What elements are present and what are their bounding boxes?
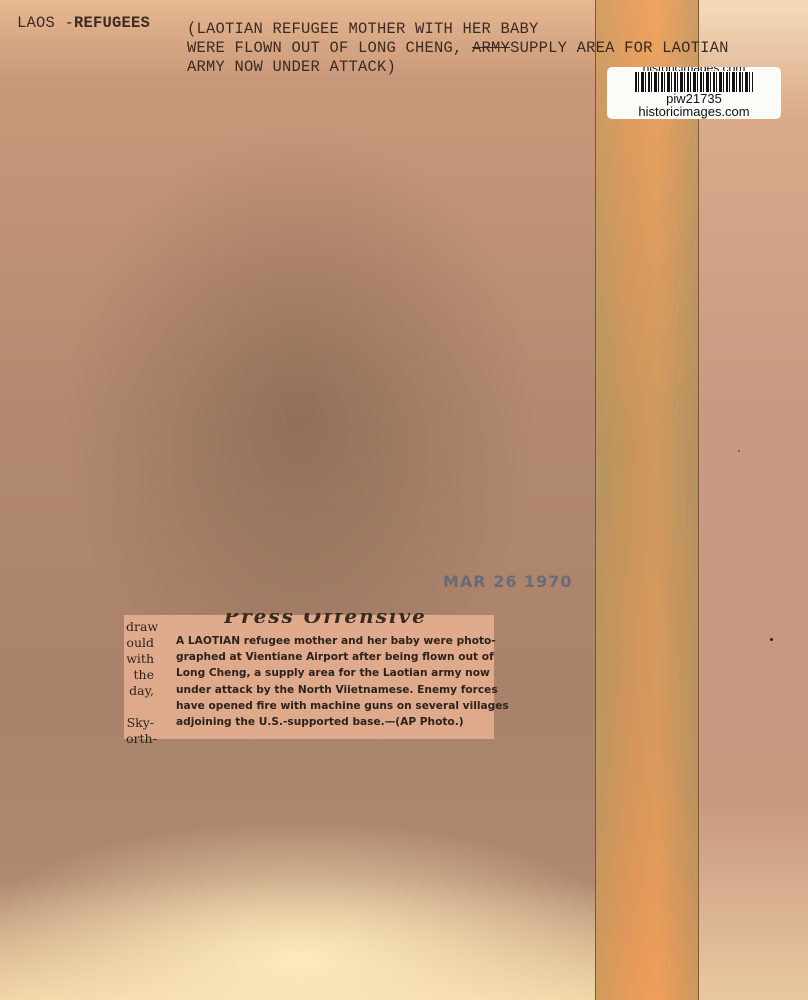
barcode-icon xyxy=(635,72,753,92)
left-fragment: day, xyxy=(126,683,154,699)
barcode-label: historicimages.com piw21735 historicimag… xyxy=(607,67,781,119)
typed-caption-line-2a: WERE FLOWN OUT OF LONG CHENG, xyxy=(187,39,472,57)
ink-speck xyxy=(770,638,773,641)
left-fragment xyxy=(126,699,154,715)
newspaper-clipping: Press Offensive draw ould with the day, … xyxy=(124,615,494,739)
typed-caption-line-1: (LAOTIAN REFUGEE MOTHER WITH HER BABY xyxy=(187,20,539,38)
subject-slug: LAOS -REFUGEES xyxy=(17,14,150,33)
clipping-headline-fragment: Press Offensive xyxy=(224,613,427,623)
slug-subject: REFUGEES xyxy=(74,14,150,32)
clipping-caption: A LAOTIAN refugee mother and her baby we… xyxy=(176,633,490,730)
caption-line: under attack by the North Viietnamese. E… xyxy=(176,682,490,698)
left-fragment: orth- xyxy=(126,731,154,747)
caption-line: A LAOTIAN refugee mother and her baby we… xyxy=(176,633,490,649)
left-fragment: draw xyxy=(126,619,154,635)
adhesive-tape-strip xyxy=(595,0,699,1000)
slug-prefix: LAOS - xyxy=(17,14,74,32)
typed-caption-strikeout: ARMY xyxy=(472,39,510,57)
caption-line: graphed at Vientiane Airport after being… xyxy=(176,649,490,665)
date-stamp: MAR 26 1970 xyxy=(443,572,573,591)
typed-caption-line-3: ARMY NOW UNDER ATTACK) xyxy=(187,58,396,76)
right-edge-panel xyxy=(697,0,808,1000)
left-fragment: the xyxy=(126,667,154,683)
clipping-left-column: draw ould with the day, Sky- orth- xyxy=(126,619,154,747)
caption-line: adjoining the U.S.-supported base.—(AP P… xyxy=(176,714,490,730)
barcode-top-text: historicimages.com xyxy=(607,67,781,71)
typed-caption-line-2b: SUPPLY AREA FOR LAOTIAN xyxy=(510,39,729,57)
ink-speck xyxy=(738,450,740,452)
left-fragment: ould xyxy=(126,635,154,651)
caption-line: have opened fire with machine guns on se… xyxy=(176,698,490,714)
barcode-site: historicimages.com xyxy=(607,106,781,118)
left-fragment: with xyxy=(126,651,154,667)
left-fragment: Sky- xyxy=(126,715,154,731)
caption-line: Long Cheng, a supply area for the Laotia… xyxy=(176,665,490,681)
